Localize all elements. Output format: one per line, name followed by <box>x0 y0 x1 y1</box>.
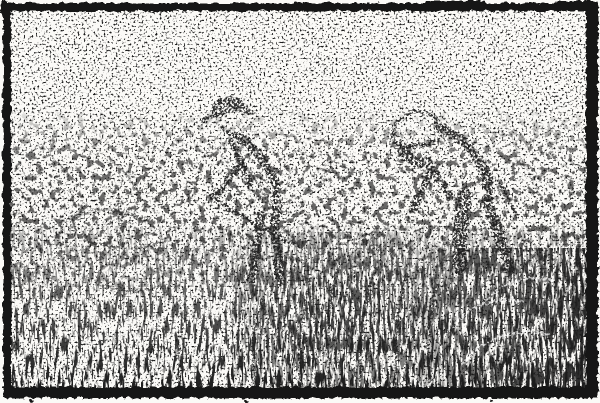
halftone-illustration <box>0 0 600 403</box>
margin-speck <box>488 398 491 401</box>
illustration-canvas <box>0 0 600 403</box>
frame-left <box>2 2 10 397</box>
frame-bottom <box>2 386 597 397</box>
thigh <box>460 194 464 268</box>
hat-crown-fill <box>220 104 240 106</box>
grass-dark-right-clump <box>412 248 592 390</box>
frame-top <box>2 2 597 10</box>
frame-smudge <box>556 0 596 6</box>
frame-smudge <box>425 0 483 3</box>
frame-right <box>585 2 597 397</box>
margin-speck <box>28 398 31 401</box>
leg-back <box>274 218 280 282</box>
margin-speck <box>243 398 247 402</box>
frame-smudge <box>0 0 6 12</box>
